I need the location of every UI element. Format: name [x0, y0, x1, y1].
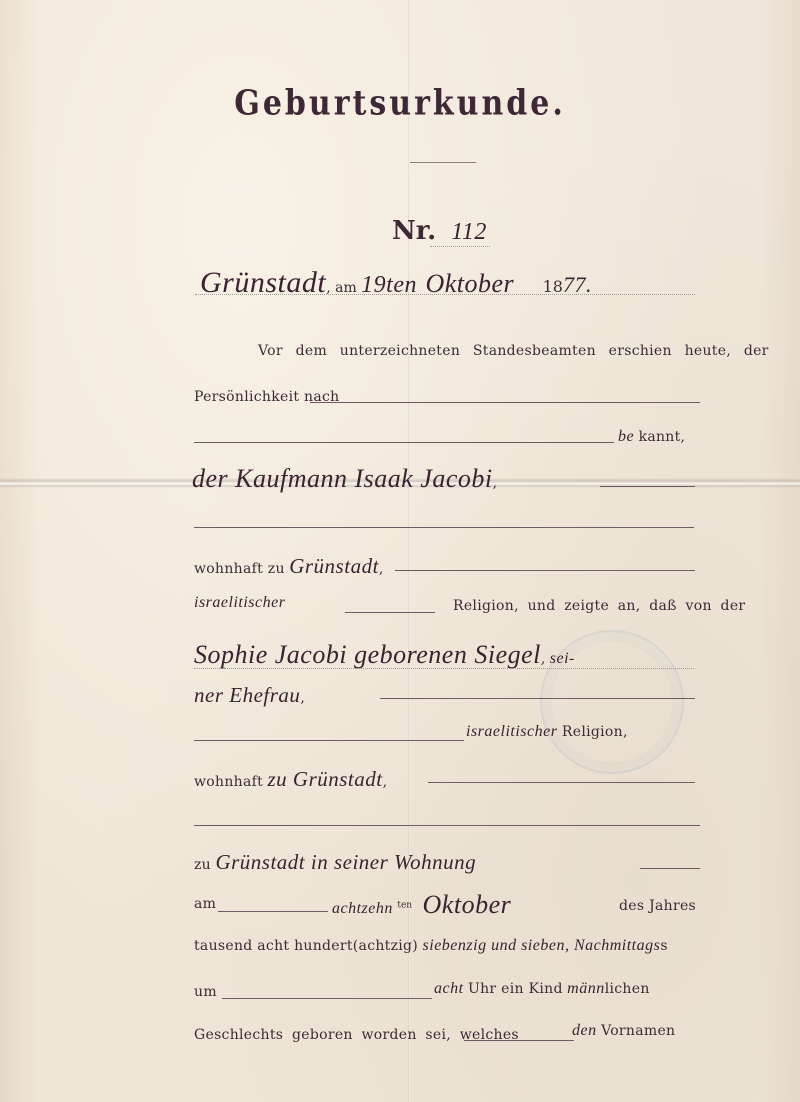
gender-suffix: lichen — [605, 981, 650, 997]
mother-dotted-line — [194, 668, 694, 669]
religion2-rule — [194, 740, 464, 741]
document-title: Geburtsurkunde. — [0, 83, 800, 123]
year-hand: siebenzig und sieben, Nachmittags — [423, 937, 661, 954]
birthplace-rule — [640, 868, 700, 869]
hour-rule — [222, 998, 432, 999]
bekannt-hand: be — [618, 428, 634, 445]
gender-hand: männ — [567, 980, 605, 997]
informant-rule — [600, 486, 695, 487]
number-value: 112 — [451, 219, 487, 245]
vornamen-hand: den — [572, 1022, 597, 1039]
wohnhaft2-hand: zu Grünstadt — [267, 767, 382, 791]
blank-rule-1 — [194, 527, 694, 528]
mother-hand: Sophie Jacobi geborenen Siegel — [194, 640, 541, 669]
wohnhaft-line: wohnhaft zu Grünstadt, — [194, 554, 383, 579]
wohnhaft2-rule — [428, 782, 695, 783]
birthdate-rule — [218, 911, 328, 912]
blank-rule-2 — [194, 825, 700, 826]
wohnhaft2-label: wohnhaft — [194, 774, 263, 790]
ehefrau-line: ner Ehefrau, — [194, 683, 305, 708]
vornamen-rule — [464, 1040, 574, 1041]
informant-hand: der Kaufmann Isaak Jacobi — [192, 464, 493, 493]
am-label: am — [194, 896, 216, 912]
mother-line: Sophie Jacobi geborenen Siegel, sei- — [194, 640, 575, 670]
bekannt-print: kannt, — [639, 429, 686, 445]
hour-line: acht Uhr ein Kind männlichen — [434, 980, 650, 998]
religion2-print: Religion, — [562, 724, 628, 740]
intro-line: Vor dem unterzeichneten Standesbeamten e… — [258, 343, 769, 359]
religion2-hand: israelitischer — [466, 723, 557, 740]
bekannt-line: be kannt, — [618, 428, 685, 446]
year-suffix-print: s — [660, 938, 668, 954]
year-line: tausend acht hundert(achtzig) siebenzig … — [194, 937, 668, 955]
vornamen-print: Vornamen — [601, 1023, 675, 1039]
birthdate-hand-group: achtzehn ten Oktober — [332, 890, 511, 920]
number-dotted-line — [430, 246, 490, 247]
achtzig-struck: (achtzig) — [353, 938, 418, 954]
uhr-print: Uhr ein Kind — [468, 981, 563, 997]
religion2-line: israelitischer Religion, — [466, 723, 628, 741]
vornamen-line: den Vornamen — [572, 1022, 675, 1040]
birthplace-hand: Grünstadt in seiner Wohnung — [215, 850, 476, 874]
religion1-hand: israelitischer — [194, 594, 285, 611]
religion1-rule — [345, 612, 435, 613]
mother-hand-cont: sei- — [550, 650, 575, 667]
um-label: um — [194, 984, 217, 1000]
place-dotted-line — [195, 294, 695, 295]
bekannt-rule — [194, 442, 614, 443]
wohnhaft2-line: wohnhaft zu Grünstadt, — [194, 767, 387, 792]
persoenlichkeit-rule — [310, 402, 700, 403]
informant-line: der Kaufmann Isaak Jacobi, — [192, 464, 497, 494]
zu-label: zu — [194, 857, 211, 873]
title-underline — [410, 162, 476, 163]
birthdate-line: am — [194, 896, 216, 912]
birthplace-line: zu Grünstadt in seiner Wohnung — [194, 850, 476, 875]
hour-hand: acht — [434, 980, 464, 997]
birthday-hand: achtzehn — [332, 900, 393, 917]
ehefrau-hand: ner Ehefrau — [194, 683, 300, 707]
ten-label: ten — [397, 900, 412, 910]
religion1-line: israelitischer — [194, 594, 285, 612]
wohnhaft-label: wohnhaft zu — [194, 561, 285, 577]
wohnhaft-rule — [395, 570, 695, 571]
birthmonth-hand: Oktober — [423, 890, 512, 919]
ehefrau-rule — [380, 698, 695, 699]
tausend-print: tausend acht hundert — [194, 938, 353, 954]
religion1-print: Religion, und zeigte an, daß von der — [453, 598, 745, 614]
wohnhaft-hand: Grünstadt — [289, 554, 379, 578]
des-jahres: des Jahres — [619, 898, 696, 914]
certificate-number: Nr. 112 — [392, 216, 487, 246]
number-label: Nr. — [392, 216, 436, 246]
